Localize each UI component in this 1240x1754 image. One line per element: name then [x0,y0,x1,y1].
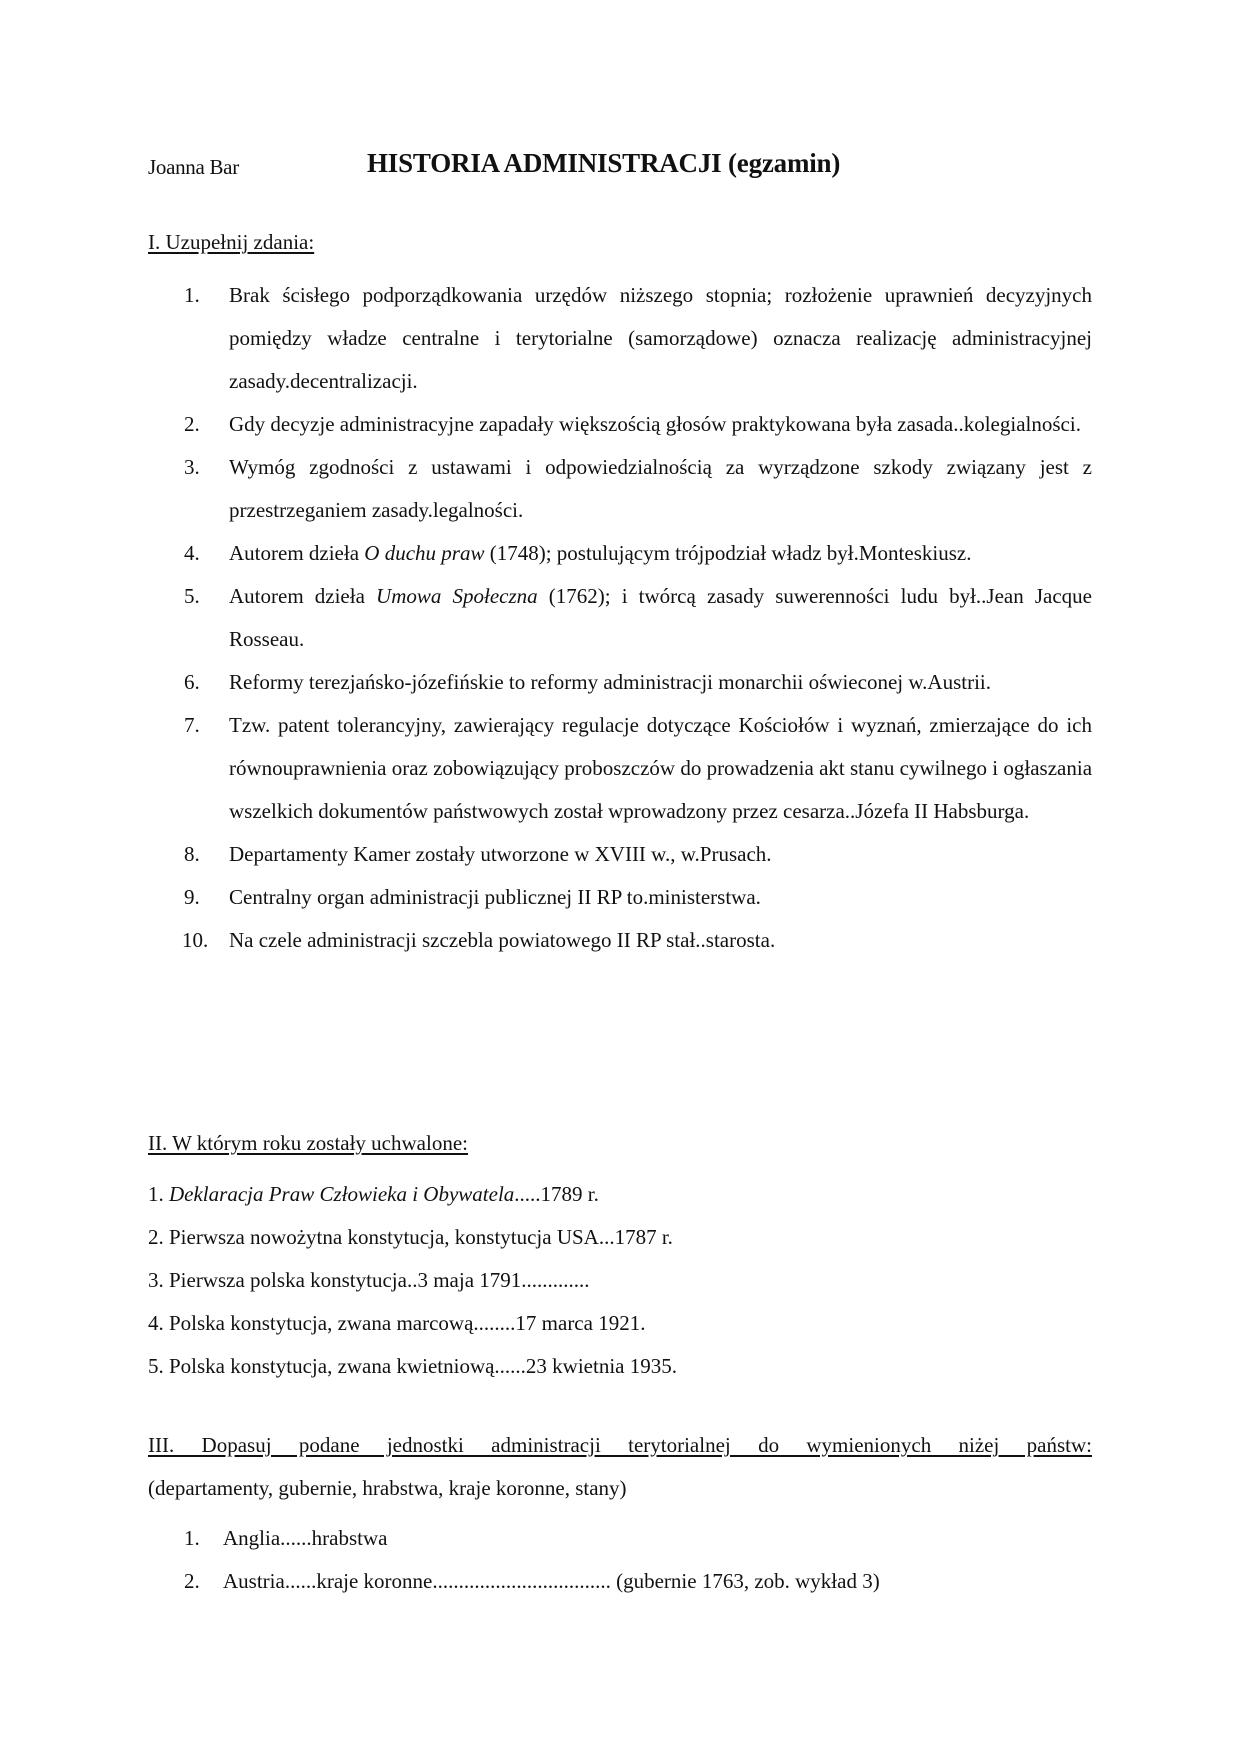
list-item: 3. Wymóg zgodności z ustawami i odpowied… [148,446,1092,532]
document-page: Joanna Bar HISTORIA ADMINISTRACJI (egzam… [0,0,1240,1754]
item-number: 2. [184,1560,200,1603]
item-number: 5. [148,1354,164,1378]
list-item: 4. Autorem dzieła O duchu praw (1748); p… [148,532,1092,575]
item-number: 4. [148,1311,164,1335]
item-number: 7. [184,704,200,747]
item-number: 10. [182,919,208,962]
list-item: 5. Autorem dzieła Umowa Społeczna (1762)… [148,575,1092,661]
item-number: 8. [184,833,200,876]
section-2-list: 1. Deklaracja Praw Człowieka i Obywatela… [148,1173,1092,1388]
section-3-heading: III. Dopasuj podane jednostki administra… [148,1433,1092,1458]
list-item: 1. Anglia......hrabstwa [148,1517,1092,1560]
book-title: O duchu praw [364,541,484,565]
item-text: Departamenty Kamer zostały utworzone w X… [229,842,772,866]
item-text: Centralny organ administracji publicznej… [229,885,761,909]
list-item: 10. Na czele administracji szczebla powi… [148,919,1092,962]
item-number: 3. [148,1268,164,1292]
item-text: Brak ścisłego podporządkowania urzędów n… [229,283,1092,393]
item-number: 2. [148,1225,164,1249]
item-number: 5. [184,575,200,618]
list-item: 8. Departamenty Kamer zostały utworzone … [148,833,1092,876]
item-answer: .....1789 r. [514,1182,599,1206]
item-text: Pierwsza polska konstytucja..3 maja 1791… [169,1268,590,1292]
book-title: Umowa Społeczna [376,584,538,608]
item-text-after: (1748); postulującym trójpodział władz b… [484,541,971,565]
item-text: Wymóg zgodności z ustawami i odpowiedzia… [229,455,1092,522]
item-number: 1. [148,1182,164,1206]
item-number: 1. [184,274,200,317]
item-number: 6. [184,661,200,704]
list-item: 2. Pierwsza nowożytna konstytucja, konst… [148,1216,1092,1259]
list-item: 4. Polska konstytucja, zwana marcową....… [148,1302,1092,1345]
item-text: Gdy decyzje administracyjne zapadały wię… [229,412,1081,436]
document-header: Joanna Bar HISTORIA ADMINISTRACJI (egzam… [148,148,1088,188]
list-item: 5. Polska konstytucja, zwana kwietniową.… [148,1345,1092,1388]
item-text-before: Autorem dzieła [229,584,376,608]
item-text: Na czele administracji szczebla powiatow… [229,928,775,952]
item-number: 9. [184,876,200,919]
list-item: 2. Austria......kraje koronne...........… [148,1560,1092,1603]
item-number: 1. [184,1517,200,1560]
list-item: 2. Gdy decyzje administracyjne zapadały … [148,403,1092,446]
section-2-heading: II. W którym roku zostały uchwalone: [148,1131,468,1156]
section-3-hint: (departamenty, gubernie, hrabstwa, kraje… [148,1476,627,1501]
section-1-heading: I. Uzupełnij zdania: [148,230,314,255]
item-text: Austria......kraje koronne..............… [223,1569,880,1593]
item-text: Pierwsza nowożytna konstytucja, konstytu… [169,1225,673,1249]
document-name: Deklaracja Praw Człowieka i Obywatela [169,1182,514,1206]
section-1-list: 1. Brak ścisłego podporządkowania urzędó… [148,274,1092,962]
item-text: Tzw. patent tolerancyjny, zawierający re… [229,713,1092,823]
list-item: 1. Deklaracja Praw Człowieka i Obywatela… [148,1173,1092,1216]
list-item: 6. Reformy terezjańsko-józefińskie to re… [148,661,1092,704]
item-number: 4. [184,532,200,575]
list-item: 3. Pierwsza polska konstytucja..3 maja 1… [148,1259,1092,1302]
item-text: Anglia......hrabstwa [223,1526,387,1550]
item-text: Polska konstytucja, zwana marcową.......… [169,1311,645,1335]
list-item: 9. Centralny organ administracji publicz… [148,876,1092,919]
author-name: Joanna Bar [148,155,239,180]
section-3-list: 1. Anglia......hrabstwa 2. Austria......… [148,1517,1092,1603]
document-title: HISTORIA ADMINISTRACJI (egzamin) [367,148,840,179]
item-number: 2. [184,403,200,446]
list-item: 7. Tzw. patent tolerancyjny, zawierający… [148,704,1092,833]
item-number: 3. [184,446,200,489]
list-item: 1. Brak ścisłego podporządkowania urzędó… [148,274,1092,403]
item-text: Reformy terezjańsko-józefińskie to refor… [229,670,991,694]
item-text: Polska konstytucja, zwana kwietniową....… [169,1354,677,1378]
item-text-before: Autorem dzieła [229,541,364,565]
